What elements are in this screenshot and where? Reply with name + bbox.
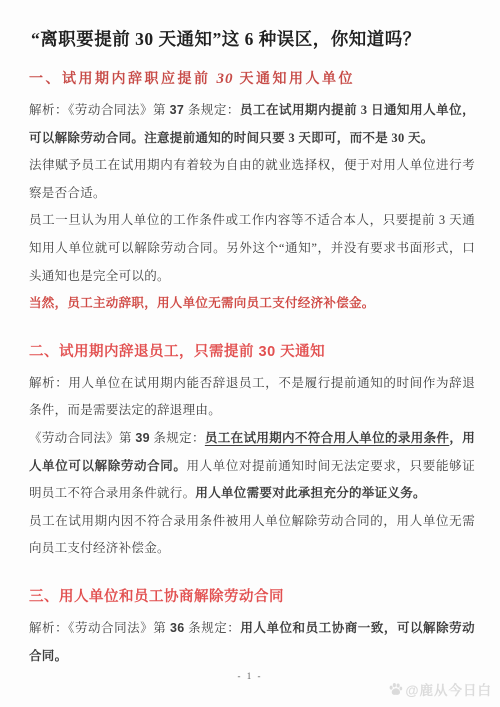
document-page: “离职要提前 30 天通知”这 6 种误区，你知道吗？ 一、试用期内辞职应提前 …: [0, 0, 500, 707]
watermark: @鹿从今日白: [388, 679, 492, 699]
paw-icon: [388, 682, 403, 697]
text-run: 《劳动合同法》第: [29, 431, 135, 445]
section-1-heading-number: 30: [217, 71, 234, 87]
text-run: 解析：《劳动合同法》第: [29, 103, 170, 117]
article-number: 37: [170, 103, 185, 117]
section-2-heading: 二、试用期内辞退员工，只需提前 30 天通知: [29, 342, 475, 362]
underlined-clause: 员工在试用期内不符合用人单位的录用条件: [205, 431, 449, 445]
section-1-paragraph-2: 法律赋予员工在试用期内有着较为自由的就业选择权，便于对用人单位进行考察是否合适。: [29, 152, 475, 207]
text-run: 条规定：: [184, 103, 240, 117]
section-3-paragraph-1: 解析：《劳动合同法》第 36 条规定：用人单位和员工协商一致，可以解除劳动合同。: [29, 615, 475, 670]
section-3-heading: 三、用人单位和员工协商解除劳动合同: [29, 587, 475, 607]
section-1-heading-pre: 一、试用期内辞职应提前: [29, 72, 217, 87]
section-2-paragraph-3: 员工在试用期内因不符合录用条件被用人单位解除劳动合同的，用人单位无需向员工支付经…: [29, 508, 475, 563]
bold-text-run: 用人单位需要对此承担充分的举证义务。: [195, 486, 425, 500]
section-1-heading-post: 天通知用人单位: [234, 72, 356, 87]
article-number: 39: [135, 431, 150, 445]
bold-text-run: ，: [449, 431, 462, 445]
text-run: 解析：《劳动合同法》第: [29, 621, 170, 635]
section-2-paragraph-2: 《劳动合同法》第 39 条规定：员工在试用期内不符合用人单位的录用条件，用人单位…: [29, 425, 475, 508]
section-1-paragraph-1: 解析：《劳动合同法》第 37 条规定：员工在试用期内提前 3 日通知用人单位，可…: [29, 97, 475, 152]
section-2-paragraph-1: 解析：用人单位在试用期内能否辞退员工，不是履行提前通知的时间作为辞退条件，而是需…: [29, 370, 475, 425]
document-title: “离职要提前 30 天通知”这 6 种误区，你知道吗？: [31, 28, 475, 51]
section-1-heading: 一、试用期内辞职应提前 30 天通知用人单位: [29, 69, 475, 90]
section-1-paragraph-3: 员工一旦认为用人单位的工作条件或工作内容等不适合本人，只要提前 3 天通知用人单…: [29, 207, 475, 290]
watermark-handle: @鹿从今日白: [405, 679, 492, 699]
section-1-red-note: 当然，员工主动辞职，用人单位无需向员工支付经济补偿金。: [29, 290, 475, 318]
text-run: 条规定：: [150, 431, 205, 445]
text-run: 条规定：: [184, 621, 240, 635]
article-number: 36: [170, 621, 185, 635]
